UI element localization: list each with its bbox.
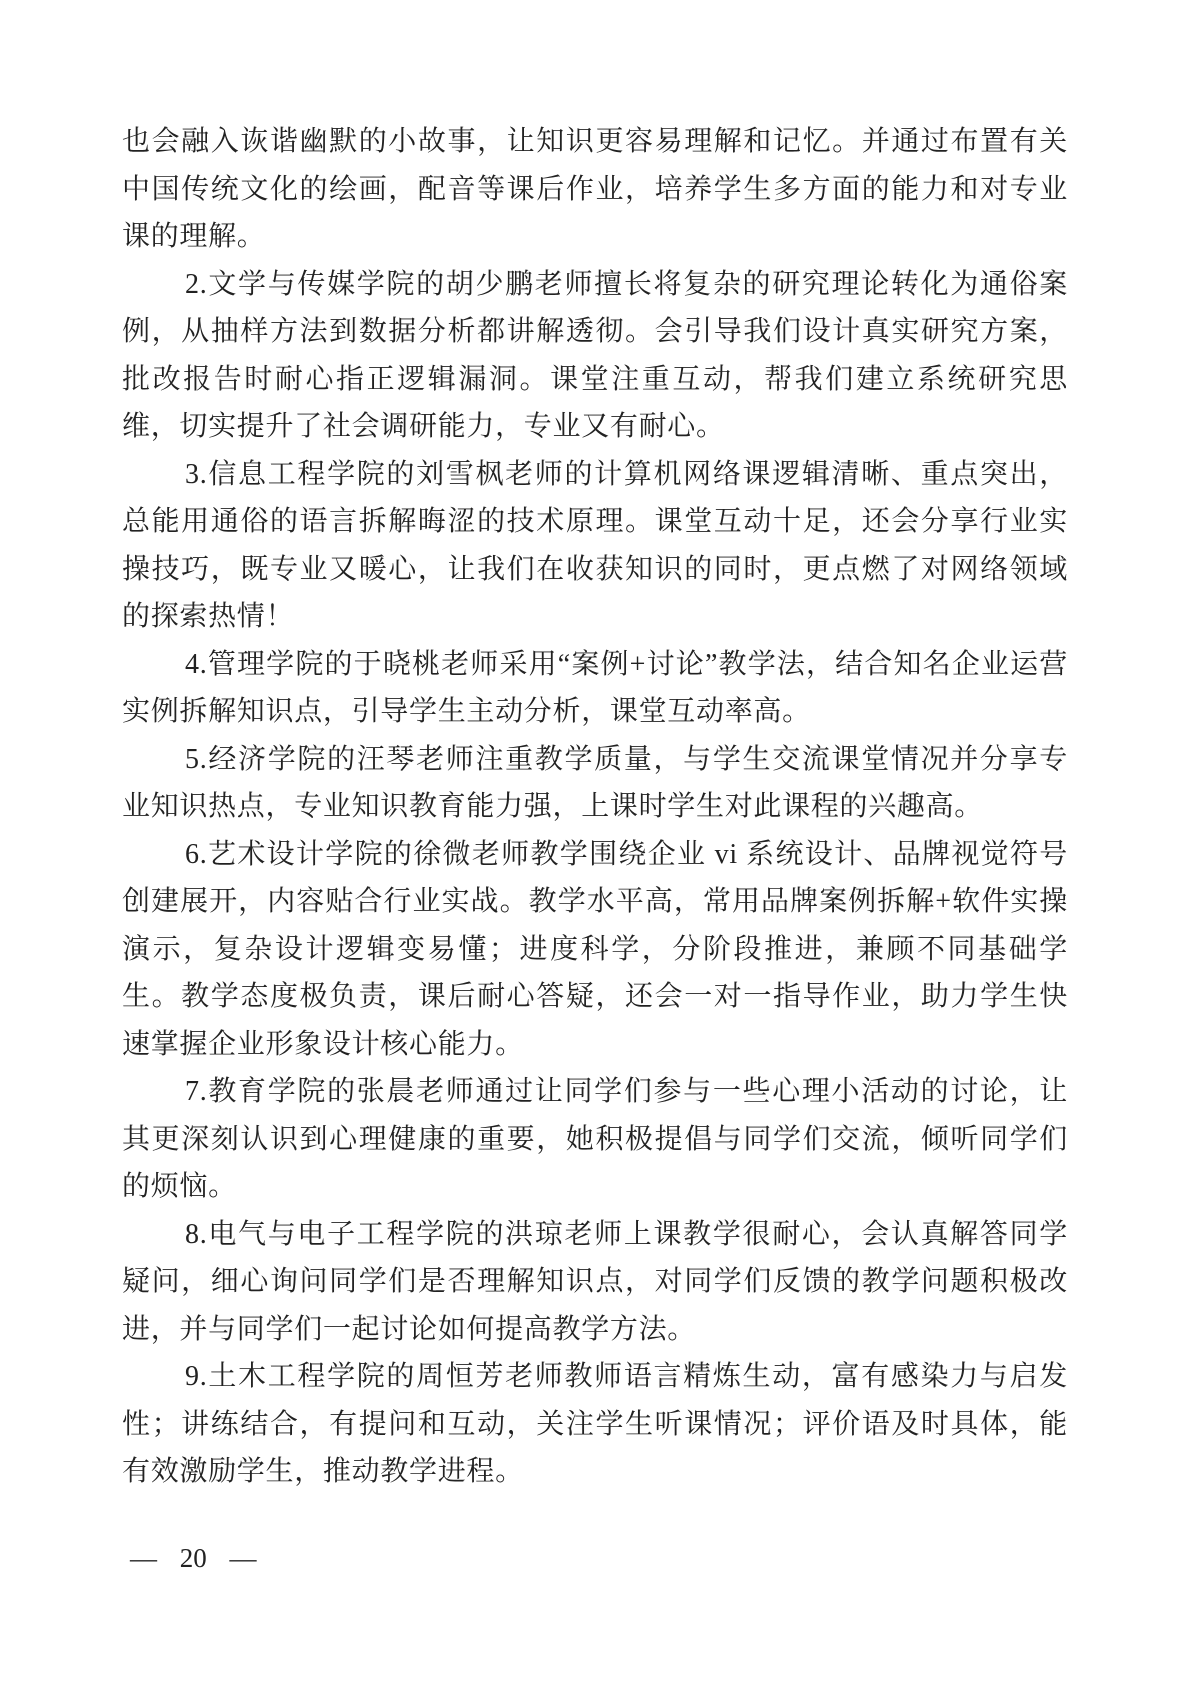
paragraph: 5.经济学院的汪琴老师注重教学质量，与学生交流课堂情况并分享专业知识热点，专业知…: [122, 736, 1068, 831]
paragraph: 也会融入诙谐幽默的小故事，让知识更容易理解和记忆。并通过布置有关中国传统文化的绘…: [122, 118, 1068, 261]
document-body: 也会融入诙谐幽默的小故事，让知识更容易理解和记忆。并通过布置有关中国传统文化的绘…: [122, 118, 1068, 1496]
paragraph: 4.管理学院的于晓桃老师采用“案例+讨论”教学法，结合知名企业运营实例拆解知识点…: [122, 641, 1068, 736]
paragraph: 7.教育学院的张晨老师通过让同学们参与一些心理小活动的讨论，让其更深刻认识到心理…: [122, 1068, 1068, 1211]
paragraph: 9.土木工程学院的周恒芳老师教师语言精炼生动，富有感染力与启发性；讲练结合，有提…: [122, 1353, 1068, 1496]
paragraph: 6.艺术设计学院的徐微老师教学围绕企业 vi 系统设计、品牌视觉符号创建展开，内…: [122, 831, 1068, 1069]
paragraph: 2.文学与传媒学院的胡少鹏老师擅长将复杂的研究理论转化为通俗案例，从抽样方法到数…: [122, 261, 1068, 451]
paragraph: 8.电气与电子工程学院的洪琼老师上课教学很耐心，会认真解答同学疑问，细心询问同学…: [122, 1211, 1068, 1354]
paragraph: 3.信息工程学院的刘雪枫老师的计算机网络课逻辑清晰、重点突出，总能用通俗的语言拆…: [122, 451, 1068, 641]
document-page: 也会融入诙谐幽默的小故事，让知识更容易理解和记忆。并通过布置有关中国传统文化的绘…: [0, 0, 1191, 1684]
page-number: — 20 —: [130, 1543, 257, 1574]
